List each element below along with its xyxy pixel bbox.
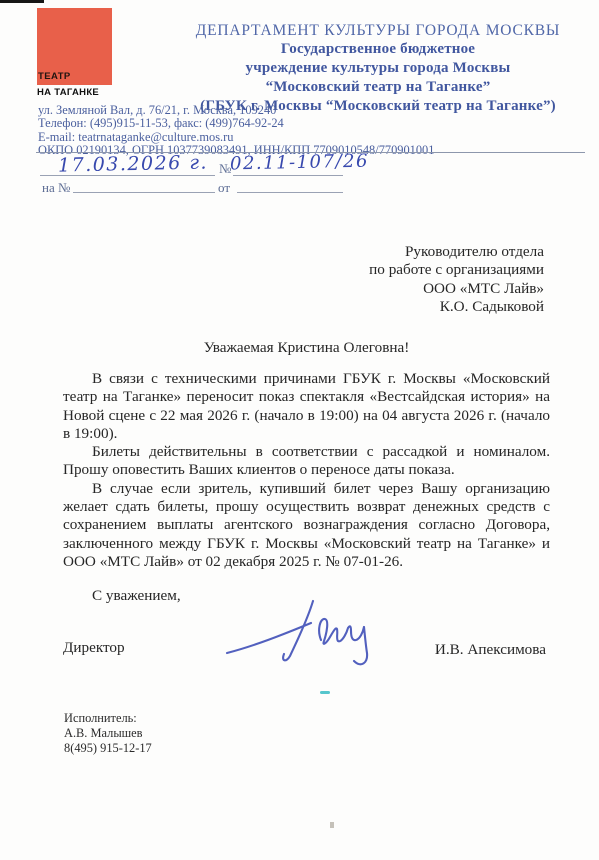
executor-phone: 8(495) 915-12-17 [64,741,152,756]
body-paragraph: Билеты действительны в соответствии с ра… [63,443,550,480]
handwritten-date: 17.03.2026 г. [58,151,208,176]
contact-block: ул. Земляной Вал, д. 76/21, г. Москва, 1… [38,104,434,157]
org-name-line: Государственное бюджетное [158,40,598,59]
number-underline [233,175,343,176]
address-line: ул. Земляной Вал, д. 76/21, г. Москва, 1… [38,104,434,117]
body-paragraph: В случае если зритель, купивший билет че… [63,480,550,571]
letter-body: В связи с техническими причинами ГБУК г.… [63,370,550,571]
handwritten-signature [224,597,384,692]
scan-artifact-teal-dash [320,691,330,694]
letterhead: ДЕПАРТАМЕНТ КУЛЬТУРЫ ГОРОДА МОСКВЫ Госуд… [158,21,598,116]
department-title: ДЕПАРТАМЕНТ КУЛЬТУРЫ ГОРОДА МОСКВЫ [158,21,598,40]
recipient-block: Руководителю отдела по работе с организа… [369,243,544,316]
scan-artifact-speck [330,822,334,828]
signer-name: И.В. Апексимова [435,641,546,659]
reply-number-underline [73,192,215,193]
signer-position: Директор [63,639,125,657]
closing-phrase: С уважением, [92,587,181,605]
executor-block: Исполнитель: А.В. Малышев 8(495) 915-12-… [64,711,152,756]
phone-fax-line: Телефон: (495)915-11-53, факс: (499)764-… [38,117,434,130]
logo-subtitle: НА ТАГАНКЕ [37,87,99,98]
recipient-line: ООО «МТС Лайв» [369,280,544,298]
org-name-line: “Московский театр на Таганке” [158,78,598,97]
executor-label: Исполнитель: [64,711,152,726]
scan-artifact-top [0,0,44,3]
salutation: Уважаемая Кристина Олеговна! [63,339,550,357]
recipient-line: Руководителю отдела [369,243,544,261]
logo-title: ТЕАТР [38,71,71,82]
scanned-letter-page: ТЕАТР НА ТАГАНКЕ ДЕПАРТАМЕНТ КУЛЬТУРЫ ГО… [0,0,599,860]
from-label: от [218,180,230,196]
body-paragraph: В связи с техническими причинами ГБУК г.… [63,370,550,443]
date-underline [40,175,215,176]
taganka-theatre-logo: ТЕАТР [37,8,112,85]
recipient-line: по работе с организациями [369,261,544,279]
handwritten-number: 02.11-107/26 [230,151,369,175]
recipient-line: К.О. Садыковой [369,298,544,316]
executor-name: А.В. Малышев [64,726,152,741]
email-line: E-mail: teatrnataganke@culture.mos.ru [38,131,434,144]
reply-to-label: на № [42,180,70,196]
org-name-line: учреждение культуры города Москвы [158,59,598,78]
from-date-underline [237,192,343,193]
